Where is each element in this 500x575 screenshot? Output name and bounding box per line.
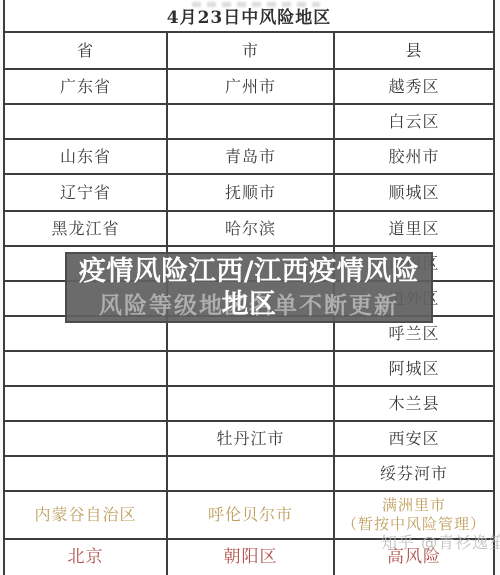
cell-city: 牡丹江市 — [166, 422, 333, 455]
table-row: 牡丹江市 西安区 — [5, 422, 493, 457]
cell-city — [166, 105, 333, 138]
cell-county: 木兰县 — [333, 387, 493, 420]
cell-county: 顺城区 — [333, 175, 493, 210]
cell-city: 朝阳区 — [166, 540, 333, 575]
table-row: 阿城区 — [5, 352, 493, 387]
cell-province — [5, 422, 166, 455]
table-row: 广东省 广州市 越秀区 — [5, 70, 493, 105]
table-row: 木兰县 — [5, 387, 493, 422]
cell-city: 青岛市 — [166, 140, 333, 173]
header-county: 县 — [333, 33, 493, 68]
screenshot-stage: 4月23日中风险地区 省 市 县 广东省 广州市 越秀区 白云区 山东省 青岛市… — [0, 0, 500, 575]
cell-province: 辽宁省 — [5, 175, 166, 210]
table-row: 绥芬河市 — [5, 457, 493, 492]
cell-county: 道里区 — [333, 212, 493, 245]
table-row: 黑龙江省 哈尔滨 道里区 — [5, 212, 493, 247]
cell-city: 呼伦贝尔市 — [166, 492, 333, 538]
header-province: 省 — [5, 33, 166, 68]
cell-county: 阿城区 — [333, 352, 493, 385]
cell-province — [5, 105, 166, 138]
cell-city — [166, 387, 333, 420]
cell-province — [5, 387, 166, 420]
zhihu-watermark: 知乎 @青衫逸笙 — [381, 530, 500, 553]
headline-overlay: 风险等级地区名单不断更新 疫情风险江西/江西疫情风险地区 — [65, 252, 433, 323]
table-row: 辽宁省 抚顺市 顺城区 — [5, 175, 493, 212]
cell-province: 广东省 — [5, 70, 166, 103]
cell-province: 内蒙谷自治区 — [5, 492, 166, 538]
cropped-text-remnant — [192, 2, 320, 7]
cell-county: 胶州市 — [333, 140, 493, 173]
cell-province: 黑龙江省 — [5, 212, 166, 245]
cell-province: 北京 — [5, 540, 166, 575]
cell-county: 绥芬河市 — [333, 457, 493, 490]
table-header-row: 省 市 县 — [5, 33, 493, 70]
cell-county: 西安区 — [333, 422, 493, 455]
table-row: 山东省 青岛市 胶州市 — [5, 140, 493, 175]
cell-province: 山东省 — [5, 140, 166, 173]
cell-city: 抚顺市 — [166, 175, 333, 210]
cell-province — [5, 457, 166, 490]
cell-county: 白云区 — [333, 105, 493, 138]
cell-province — [5, 352, 166, 385]
table-row: 白云区 — [5, 105, 493, 140]
overlay-headline: 疫情风险江西/江西疫情风险地区 — [67, 254, 431, 321]
cell-county: 越秀区 — [333, 70, 493, 103]
cell-city — [166, 457, 333, 490]
header-city: 市 — [166, 33, 333, 68]
cell-city — [166, 352, 333, 385]
cell-city: 哈尔滨 — [166, 212, 333, 245]
cell-city: 广州市 — [166, 70, 333, 103]
